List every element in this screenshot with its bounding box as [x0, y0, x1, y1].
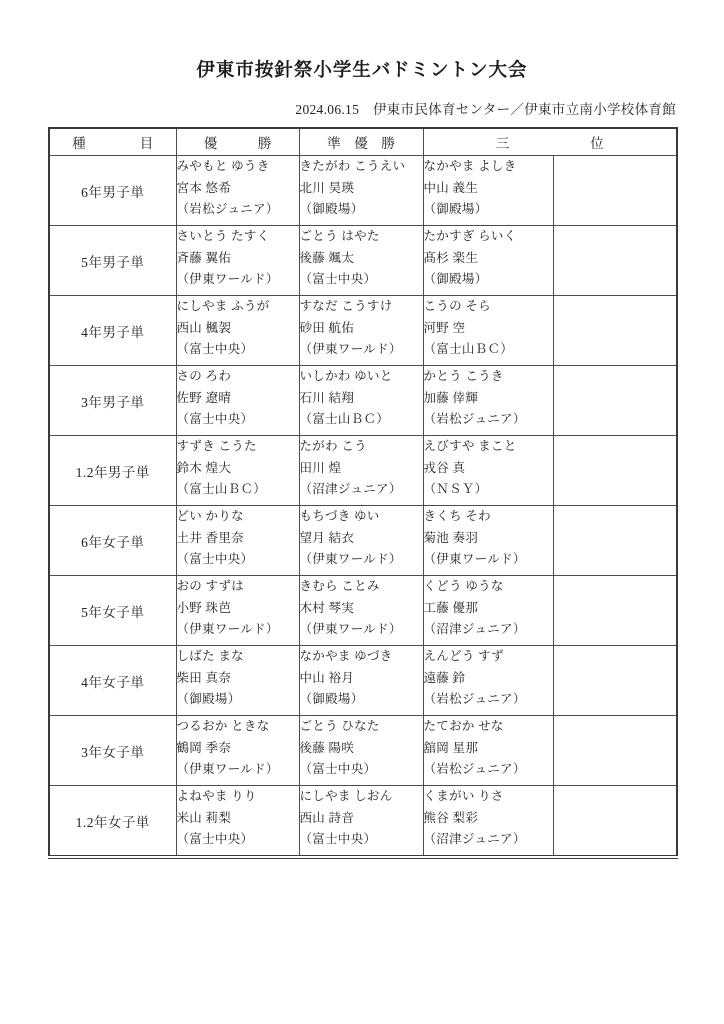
third-place-cell: かとう こうき 加藤 倖輝 （岩松ジュニア）: [423, 366, 553, 436]
runner-up-club: （伊東ワールド）: [300, 549, 423, 571]
category-cell: 5年男子単: [49, 226, 176, 296]
result-row: 4年男子単 にしやま ふうが 西山 楓袈 （富士中央） すなだ こうすけ 砂田 …: [49, 296, 677, 366]
category-cell: 6年男子単: [49, 156, 176, 226]
second-place-cell: すなだ こうすけ 砂田 航佑 （伊東ワールド）: [299, 296, 423, 366]
blank-cell: [553, 786, 677, 858]
third-place-name: 河野 空: [424, 318, 553, 340]
winner-club: （伊東ワールド）: [177, 619, 299, 641]
third-place-name: 舘岡 星那: [424, 738, 553, 760]
winner-name: 西山 楓袈: [177, 318, 299, 340]
runner-up-kana: ごとう はやた: [300, 226, 423, 248]
third-place-club: （岩松ジュニア）: [424, 689, 553, 711]
third-place-kana: たておか せな: [424, 716, 553, 738]
category-cell: 4年男子単: [49, 296, 176, 366]
header-first-place: 優 勝: [176, 128, 299, 156]
runner-up-name: 石川 結翔: [300, 388, 423, 410]
winner-name: 鶴岡 季奈: [177, 738, 299, 760]
category-cell: 5年女子単: [49, 576, 176, 646]
result-row: 3年男子単 さの ろわ 佐野 遼晴 （富士中央） いしかわ ゆいと 石川 結翔 …: [49, 366, 677, 436]
second-place-cell: にしやま しおん 西山 詩音 （富士中央）: [299, 786, 423, 858]
third-place-club: （御殿場）: [424, 199, 553, 221]
runner-up-name: 木村 琴実: [300, 598, 423, 620]
runner-up-club: （富士中央）: [300, 759, 423, 781]
blank-cell: [553, 156, 677, 226]
third-place-cell: えんどう すず 遠藤 鈴 （岩松ジュニア）: [423, 646, 553, 716]
winner-name: 柴田 真奈: [177, 668, 299, 690]
runner-up-name: 後藤 陽咲: [300, 738, 423, 760]
winner-kana: さいとう たすく: [177, 226, 299, 248]
runner-up-club: （富士中央）: [300, 269, 423, 291]
third-place-name: 髙杉 楽生: [424, 248, 553, 270]
blank-cell: [553, 226, 677, 296]
runner-up-club: （富士山ＢＣ）: [300, 409, 423, 431]
runner-up-name: 田川 煌: [300, 458, 423, 480]
category-cell: 1.2年男子単: [49, 436, 176, 506]
third-place-kana: かとう こうき: [424, 366, 553, 388]
runner-up-kana: きむら ことみ: [300, 576, 423, 598]
third-place-cell: くどう ゆうな 工藤 優那 （沼津ジュニア）: [423, 576, 553, 646]
category-cell: 3年男子単: [49, 366, 176, 436]
third-place-club: （伊東ワールド）: [424, 549, 553, 571]
second-place-cell: たがわ こう 田川 煌 （沼津ジュニア）: [299, 436, 423, 506]
second-place-cell: きむら ことみ 木村 琴実 （伊東ワールド）: [299, 576, 423, 646]
first-place-cell: さいとう たすく 斉藤 翼佑 （伊東ワールド）: [176, 226, 299, 296]
second-place-cell: いしかわ ゆいと 石川 結翔 （富士山ＢＣ）: [299, 366, 423, 436]
runner-up-kana: いしかわ ゆいと: [300, 366, 423, 388]
third-place-kana: きくち そわ: [424, 506, 553, 528]
third-place-kana: こうの そら: [424, 296, 553, 318]
third-place-club: （御殿場）: [424, 269, 553, 291]
third-place-name: 加藤 倖輝: [424, 388, 553, 410]
runner-up-kana: すなだ こうすけ: [300, 296, 423, 318]
winner-kana: つるおか ときな: [177, 716, 299, 738]
winner-kana: よねやま りり: [177, 786, 299, 808]
first-place-cell: すずき こうた 鈴木 煌大 （富士山ＢＣ）: [176, 436, 299, 506]
winner-club: （富士中央）: [177, 409, 299, 431]
second-place-cell: ごとう はやた 後藤 颯太 （富士中央）: [299, 226, 423, 296]
runner-up-kana: にしやま しおん: [300, 786, 423, 808]
runner-up-name: 後藤 颯太: [300, 248, 423, 270]
winner-club: （富士中央）: [177, 829, 299, 851]
category-cell: 1.2年女子単: [49, 786, 176, 858]
blank-cell: [553, 296, 677, 366]
third-place-kana: くどう ゆうな: [424, 576, 553, 598]
third-place-cell: くまがい りさ 熊谷 梨彩 （沼津ジュニア）: [423, 786, 553, 858]
third-place-kana: なかやま よしき: [424, 156, 553, 178]
result-row: 5年女子単 おの すずは 小野 珠芭 （伊東ワールド） きむら ことみ 木村 琴…: [49, 576, 677, 646]
runner-up-club: （伊東ワールド）: [300, 619, 423, 641]
third-place-club: （富士山ＢＣ）: [424, 339, 553, 361]
winner-club: （富士中央）: [177, 549, 299, 571]
winner-kana: どい かりな: [177, 506, 299, 528]
second-place-cell: なかやま ゆづき 中山 裕月 （御殿場）: [299, 646, 423, 716]
second-place-cell: きたがわ こうえい 北川 昊瑛 （御殿場）: [299, 156, 423, 226]
result-row: 6年女子単 どい かりな 土井 香里奈 （富士中央） もちづき ゆい 望月 結衣…: [49, 506, 677, 576]
third-place-cell: こうの そら 河野 空 （富士山ＢＣ）: [423, 296, 553, 366]
winner-kana: みやもと ゆうき: [177, 156, 299, 178]
third-place-cell: なかやま よしき 中山 義生 （御殿場）: [423, 156, 553, 226]
runner-up-club: （沼津ジュニア）: [300, 479, 423, 501]
runner-up-club: （富士中央）: [300, 829, 423, 851]
third-place-name: 菊池 奏羽: [424, 528, 553, 550]
blank-cell: [553, 646, 677, 716]
result-row: 5年男子単 さいとう たすく 斉藤 翼佑 （伊東ワールド） ごとう はやた 後藤…: [49, 226, 677, 296]
blank-cell: [553, 716, 677, 786]
third-place-name: 中山 義生: [424, 178, 553, 200]
result-row: 1.2年男子単 すずき こうた 鈴木 煌大 （富士山ＢＣ） たがわ こう 田川 …: [49, 436, 677, 506]
third-place-kana: えびすや まこと: [424, 436, 553, 458]
winner-kana: すずき こうた: [177, 436, 299, 458]
third-place-club: （岩松ジュニア）: [424, 759, 553, 781]
result-row: 3年女子単 つるおか ときな 鶴岡 季奈 （伊東ワールド） ごとう ひなた 後藤…: [49, 716, 677, 786]
third-place-cell: きくち そわ 菊池 奏羽 （伊東ワールド）: [423, 506, 553, 576]
third-place-name: 工藤 優那: [424, 598, 553, 620]
category-cell: 4年女子単: [49, 646, 176, 716]
winner-club: （御殿場）: [177, 689, 299, 711]
first-place-cell: どい かりな 土井 香里奈 （富士中央）: [176, 506, 299, 576]
winner-kana: さの ろわ: [177, 366, 299, 388]
winner-name: 小野 珠芭: [177, 598, 299, 620]
category-cell: 6年女子単: [49, 506, 176, 576]
winner-name: 鈴木 煌大: [177, 458, 299, 480]
blank-cell: [553, 366, 677, 436]
third-place-club: （ＮＳＹ）: [424, 479, 553, 501]
category-cell: 3年女子単: [49, 716, 176, 786]
winner-kana: にしやま ふうが: [177, 296, 299, 318]
runner-up-kana: きたがわ こうえい: [300, 156, 423, 178]
first-place-cell: にしやま ふうが 西山 楓袈 （富士中央）: [176, 296, 299, 366]
runner-up-name: 砂田 航佑: [300, 318, 423, 340]
third-place-name: 熊谷 梨彩: [424, 808, 553, 830]
first-place-cell: よねやま りり 米山 莉梨 （富士中央）: [176, 786, 299, 858]
winner-name: 宮本 悠希: [177, 178, 299, 200]
winner-name: 米山 莉梨: [177, 808, 299, 830]
third-place-kana: くまがい りさ: [424, 786, 553, 808]
date-venue-line: 2024.06.15 伊東市民体育センター／伊東市立南小学校体育館: [48, 98, 676, 118]
runner-up-club: （御殿場）: [300, 689, 423, 711]
runner-up-name: 望月 結衣: [300, 528, 423, 550]
third-place-name: 遠藤 鈴: [424, 668, 553, 690]
winner-name: 佐野 遼晴: [177, 388, 299, 410]
third-place-cell: えびすや まこと 戎谷 真 （ＮＳＹ）: [423, 436, 553, 506]
third-place-club: （沼津ジュニア）: [424, 829, 553, 851]
header-category: 種 目: [49, 128, 176, 156]
runner-up-name: 中山 裕月: [300, 668, 423, 690]
blank-cell: [553, 436, 677, 506]
runner-up-kana: ごとう ひなた: [300, 716, 423, 738]
result-row: 6年男子単 みやもと ゆうき 宮本 悠希 （岩松ジュニア） きたがわ こうえい …: [49, 156, 677, 226]
third-place-cell: たておか せな 舘岡 星那 （岩松ジュニア）: [423, 716, 553, 786]
first-place-cell: みやもと ゆうき 宮本 悠希 （岩松ジュニア）: [176, 156, 299, 226]
results-table: 種 目 優 勝 準 優 勝 三 位 6年男子単 みやもと ゆうき 宮本 悠希 （…: [48, 127, 678, 859]
document-page: 伊東市按針祭小学生バドミントン大会 2024.06.15 伊東市民体育センター／…: [48, 56, 676, 859]
runner-up-kana: なかやま ゆづき: [300, 646, 423, 668]
runner-up-kana: もちづき ゆい: [300, 506, 423, 528]
first-place-cell: おの すずは 小野 珠芭 （伊東ワールド）: [176, 576, 299, 646]
blank-cell: [553, 576, 677, 646]
runner-up-name: 北川 昊瑛: [300, 178, 423, 200]
first-place-cell: さの ろわ 佐野 遼晴 （富士中央）: [176, 366, 299, 436]
result-row: 1.2年女子単 よねやま りり 米山 莉梨 （富士中央） にしやま しおん 西山…: [49, 786, 677, 858]
runner-up-name: 西山 詩音: [300, 808, 423, 830]
runner-up-club: （伊東ワールド）: [300, 339, 423, 361]
winner-name: 土井 香里奈: [177, 528, 299, 550]
result-row: 4年女子単 しばた まな 柴田 真奈 （御殿場） なかやま ゆづき 中山 裕月 …: [49, 646, 677, 716]
header-third-place: 三 位: [423, 128, 677, 156]
runner-up-kana: たがわ こう: [300, 436, 423, 458]
runner-up-club: （御殿場）: [300, 199, 423, 221]
winner-club: （伊東ワールド）: [177, 269, 299, 291]
third-place-cell: たかすぎ らいく 髙杉 楽生 （御殿場）: [423, 226, 553, 296]
third-place-kana: えんどう すず: [424, 646, 553, 668]
header-second-place: 準 優 勝: [299, 128, 423, 156]
third-place-kana: たかすぎ らいく: [424, 226, 553, 248]
second-place-cell: もちづき ゆい 望月 結衣 （伊東ワールド）: [299, 506, 423, 576]
third-place-club: （岩松ジュニア）: [424, 409, 553, 431]
first-place-cell: しばた まな 柴田 真奈 （御殿場）: [176, 646, 299, 716]
document-title: 伊東市按針祭小学生バドミントン大会: [48, 56, 676, 82]
winner-club: （伊東ワールド）: [177, 759, 299, 781]
third-place-name: 戎谷 真: [424, 458, 553, 480]
first-place-cell: つるおか ときな 鶴岡 季奈 （伊東ワールド）: [176, 716, 299, 786]
third-place-club: （沼津ジュニア）: [424, 619, 553, 641]
winner-club: （富士中央）: [177, 339, 299, 361]
winner-club: （富士山ＢＣ）: [177, 479, 299, 501]
second-place-cell: ごとう ひなた 後藤 陽咲 （富士中央）: [299, 716, 423, 786]
winner-kana: おの すずは: [177, 576, 299, 598]
blank-cell: [553, 506, 677, 576]
winner-name: 斉藤 翼佑: [177, 248, 299, 270]
header-row: 種 目 優 勝 準 優 勝 三 位: [49, 128, 677, 156]
winner-club: （岩松ジュニア）: [177, 199, 299, 221]
winner-kana: しばた まな: [177, 646, 299, 668]
